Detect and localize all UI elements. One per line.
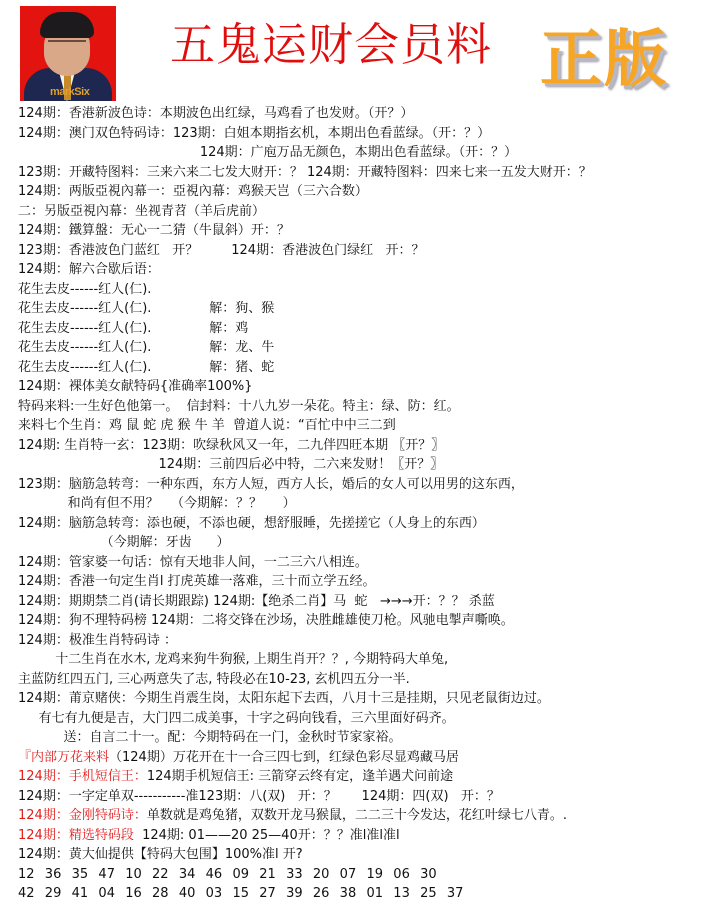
text-line: 124期：莆京赌侠：今期生肖震生岗，太阳东起下去西，八月十三是挂期，只见老鼠街边… <box>18 689 718 709</box>
line-text: 124期：管家婆一句话：惊有天地非人间，一二三六八相连。 <box>18 555 368 570</box>
number-list: 12 36 35 47 10 22 34 46 09 21 33 20 07 1… <box>18 867 437 882</box>
line-text: （124期）万花开在十一合三四七到，红绿色彩尽显鸡藏马居 <box>109 750 459 765</box>
line-text: 124期：香港一句定生肖l 打虎英雄一落难，三十而立学五经。 <box>18 574 376 589</box>
line-text: 二：另版亞視內幕：坐视青苕（羊后虎前） <box>18 204 265 219</box>
line-text: 花生去皮------红人(仁). 解：狗、猴 <box>18 301 274 316</box>
line-text: 123期：脑筋急转弯：一种东西，东方人短，西方人长，婚后的女人可以用男的这东西， <box>18 477 524 492</box>
text-line: 124期：脑筋急转弯：添也硬，不添也硬，想舒服睡，先搓搓它（人身上的东西） <box>18 514 718 534</box>
line-text: （今期解：牙齿 ） <box>18 535 229 550</box>
line-text: 124期：狗不理特码榜 124期：二将交锋在沙场，决胜雌雄使刀枪。风驰电掣声嘶唤… <box>18 613 514 628</box>
text-line: 十二生肖在水木, 龙鸡来狗牛狗猴, 上期生肖开？？, 今期特码大单兔, <box>18 650 718 670</box>
text-line: 124期：香港新波色诗：本期波色出红绿，马鸡看了也发财。（开？） <box>18 104 718 124</box>
line-highlight: 『内部万花来料 <box>18 750 109 765</box>
line-text: 花生去皮------红人(仁). 解：鸡 <box>18 321 248 336</box>
line-text: 有七有九便是吉，大门四二成美事，十字之码向钱看，三六里面好码齐。 <box>18 711 455 726</box>
photo-brand-watermark: markSix <box>50 86 89 98</box>
line-highlight: 124期：金刚特码诗： <box>18 808 147 823</box>
line-text: 123期：开藏特图料：三来六来二七发大财开：？ 124期：开藏特图料：四来七来一… <box>18 165 592 180</box>
line-highlight: 124期：精选特码段 <box>18 828 134 843</box>
line-text: 124期：两版亞視內幕一：亞視內幕：鸡猴天岂（三六合数） <box>18 184 368 199</box>
photo-hair <box>40 12 94 38</box>
line-text: 124期：一字定单双-----------准123期：八(双) 开：？ 124期… <box>18 789 500 804</box>
line-text: 124期手机短信王: 三箭穿云终有定，逢羊遇犬问前途 <box>147 769 453 784</box>
line-text: 124期：解六合歇后语： <box>18 262 160 277</box>
text-line: 二：另版亞視內幕：坐视青苕（羊后虎前） <box>18 202 718 222</box>
text-line: 有七有九便是吉，大门四二成美事，十字之码向钱看，三六里面好码齐。 <box>18 709 718 729</box>
text-line-highlighted: 『内部万花来料（124期）万花开在十一合三四七到，红绿色彩尽显鸡藏马居 <box>18 748 718 768</box>
line-text: 124期：广庖万品无颜色，本期出色看蓝绿。（开：？） <box>18 145 517 160</box>
text-line: （今期解：牙齿 ） <box>18 533 718 553</box>
text-line-highlighted: 124期：金刚特码诗：单数就是鸡兔猪，双数开龙马猴鼠，二二三十今发达，花红叶绿七… <box>18 806 718 826</box>
text-line: 124期：极准生肖特码诗 ： <box>18 631 718 651</box>
text-line: 花生去皮------红人(仁). 解：鸡 <box>18 319 718 339</box>
text-line: 124期：澳门双色特码诗：123期：白姐本期指玄机，本期出色看蓝绿。（开：？） <box>18 124 718 144</box>
line-text: 送：自言二十一。配：今期特码在一门，金秋时节家家裕。 <box>18 730 401 745</box>
line-text: 单数就是鸡兔猪，双数开龙马猴鼠，二二三十今发达，花红叶绿七八青。. <box>147 808 567 823</box>
line-text: 124期：澳门双色特码诗：123期：白姐本期指玄机，本期出色看蓝绿。（开：？） <box>18 126 490 141</box>
line-text: 花生去皮------红人(仁). 解：龙、牛 <box>18 340 274 355</box>
text-line: 124期：两版亞視內幕一：亞視內幕：鸡猴天岂（三六合数） <box>18 182 718 202</box>
line-text: 124期：期期禁二肖(请长期跟踪) 124期:【绝杀二肖】马 蛇 →→→开：？？… <box>18 594 495 609</box>
line-text: 和尚有但不用？ （今期解：？？ ） <box>18 496 296 511</box>
line-text: 123期：香港波色门蓝红 开？ 124期：香港波色门绿红 开：？ <box>18 243 424 258</box>
photo-glasses <box>48 40 86 47</box>
text-line: 主蓝防红四五门, 三心两意失了志, 特段必在10-23, 玄机四五分一半. <box>18 670 718 690</box>
text-line: 花生去皮------红人(仁). <box>18 280 718 300</box>
text-line: 124期：期期禁二肖(请长期跟踪) 124期:【绝杀二肖】马 蛇 →→→开：？？… <box>18 592 718 612</box>
portrait-photo: markSix <box>20 6 116 101</box>
text-line: 来料七个生肖：鸡 鼠 蛇 虎 猴 牛 羊 曾道人说：“百忙中中三二到 <box>18 416 718 436</box>
text-line: 124期：香港一句定生肖l 打虎英雄一落难，三十而立学五经。 <box>18 572 718 592</box>
text-line: 124期：解六合歇后语： <box>18 260 718 280</box>
number-list: 42 29 41 04 16 28 40 03 15 27 39 26 38 0… <box>18 886 463 901</box>
content-body: 124期：香港新波色诗：本期波色出红绿，马鸡看了也发财。（开？） 124期：澳门… <box>18 104 718 904</box>
text-line: 124期：广庖万品无颜色，本期出色看蓝绿。（开：？） <box>18 143 718 163</box>
text-line: 花生去皮------红人(仁). 解：狗、猴 <box>18 299 718 319</box>
text-line: 123期：香港波色门蓝红 开？ 124期：香港波色门绿红 开：？ <box>18 241 718 261</box>
text-line: 124期：三前四后必中特，二六来发财！〖开？〗 <box>18 455 718 475</box>
text-line: 124期：一字定单双-----------准123期：八(双) 开：？ 124期… <box>18 787 718 807</box>
line-text: 124期：极准生肖特码诗 ： <box>18 633 177 648</box>
line-text: 124期：三前四后必中特，二六来发财！〖开？〗 <box>18 457 443 472</box>
text-line: 花生去皮------红人(仁). 解：猪、蛇 <box>18 358 718 378</box>
text-line: 123期：开藏特图料：三来六来二七发大财开：？ 124期：开藏特图料：四来七来一… <box>18 163 718 183</box>
text-line: 123期：脑筋急转弯：一种东西，东方人短，西方人长，婚后的女人可以用男的这东西， <box>18 475 718 495</box>
line-text: 124期：脑筋急转弯：添也硬，不添也硬，想舒服睡，先搓搓它（人身上的东西） <box>18 516 485 531</box>
line-text: 124期：裸体美女献特码{准确率100%} <box>18 379 253 394</box>
line-text: 124期：莆京赌侠：今期生肖震生岗，太阳东起下去西，八月十三是挂期，只见老鼠街边… <box>18 691 550 706</box>
text-line: 124期：裸体美女献特码{准确率100%} <box>18 377 718 397</box>
line-text: 124期: 生肖特一玄：123期：吹绿秋风又一年，二九伴四旺本期 〖开？〗 <box>18 438 444 453</box>
line-text: 花生去皮------红人(仁). 解：猪、蛇 <box>18 360 274 375</box>
line-text: 特码来料:一生好色他第一。 信封料：十八九岁一朵花。特主：绿、防：红。 <box>18 399 460 414</box>
text-line: 124期：管家婆一句话：惊有天地非人间，一二三六八相连。 <box>18 553 718 573</box>
line-text: 124期：黄大仙提供【特码大包围】100%准l 开? <box>18 847 303 862</box>
line-text: 十二生肖在水木, 龙鸡来狗牛狗猴, 上期生肖开？？, 今期特码大单兔, <box>18 652 448 667</box>
header: markSix 五鬼运财会员料 正版 <box>0 0 723 104</box>
line-text: 124期：鐵算盤：无心一二猜（牛鼠斜）开：？ <box>18 223 290 238</box>
text-line: 124期：鐵算盤：无心一二猜（牛鼠斜）开：？ <box>18 221 718 241</box>
number-row: 42 29 41 04 16 28 40 03 15 27 39 26 38 0… <box>18 884 718 904</box>
genuine-logo: 正版 <box>540 28 668 90</box>
line-text: 124期：香港新波色诗：本期波色出红绿，马鸡看了也发财。（开？） <box>18 106 413 121</box>
number-row: 12 36 35 47 10 22 34 46 09 21 33 20 07 1… <box>18 865 718 885</box>
text-line-highlighted: 124期：手机短信王：124期手机短信王: 三箭穿云终有定，逢羊遇犬问前途 <box>18 767 718 787</box>
text-line: 花生去皮------红人(仁). 解：龙、牛 <box>18 338 718 358</box>
line-text: 花生去皮------红人(仁). <box>18 282 151 297</box>
text-line: 124期: 生肖特一玄：123期：吹绿秋风又一年，二九伴四旺本期 〖开？〗 <box>18 436 718 456</box>
text-line: 和尚有但不用？ （今期解：？？ ） <box>18 494 718 514</box>
line-text: 主蓝防红四五门, 三心两意失了志, 特段必在10-23, 玄机四五分一半. <box>18 672 410 687</box>
text-line-highlighted: 124期：精选特码段 124期: 01——20 25—40开：？？准l准l准l <box>18 826 718 846</box>
page-title: 五鬼运财会员料 <box>170 22 492 67</box>
line-highlight: 124期：手机短信王： <box>18 769 147 784</box>
text-line: 124期：狗不理特码榜 124期：二将交锋在沙场，决胜雌雄使刀枪。风驰电掣声嘶唤… <box>18 611 718 631</box>
line-text: 来料七个生肖：鸡 鼠 蛇 虎 猴 牛 羊 曾道人说：“百忙中中三二到 <box>18 418 396 433</box>
text-line: 特码来料:一生好色他第一。 信封料：十八九岁一朵花。特主：绿、防：红。 <box>18 397 718 417</box>
text-line: 送：自言二十一。配：今期特码在一门，金秋时节家家裕。 <box>18 728 718 748</box>
text-line: 124期：黄大仙提供【特码大包围】100%准l 开? <box>18 845 718 865</box>
line-text: 124期: 01——20 25—40开：？？准l准l准l <box>134 828 400 843</box>
